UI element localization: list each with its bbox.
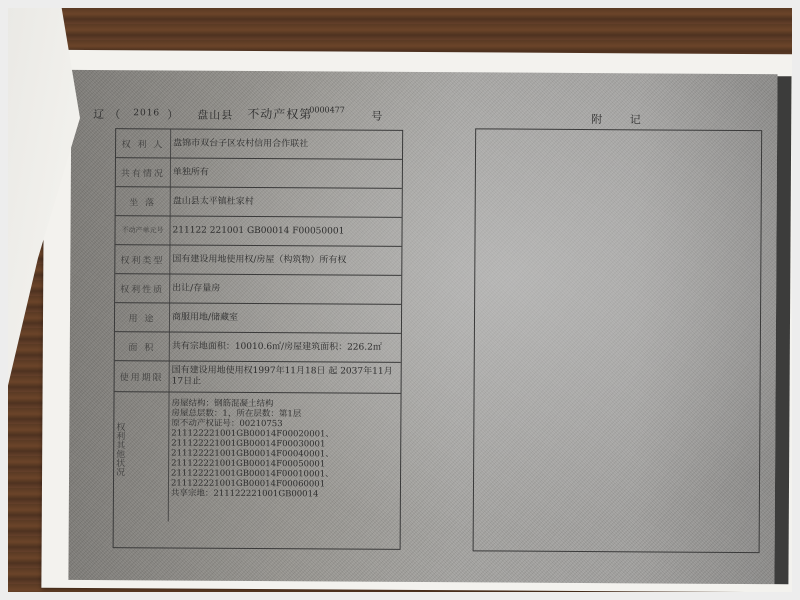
field-value: 商服用地/储藏室 <box>170 303 401 332</box>
cert-number: 0000477 <box>309 105 345 114</box>
field-value: 盘山县太平镇杜家村 <box>171 187 402 216</box>
field-value: 盘锦市双台子区农村信用合作联社 <box>171 129 402 158</box>
table-row: 权利性质出让/存量房 <box>115 274 401 305</box>
other-status-label: 权利其他状况 <box>114 392 170 521</box>
table-row-other-status: 权利其他状况 房屋结构：钢筋混凝土结构 房屋总层数：1，所在层数：第1层 原不动… <box>114 392 401 523</box>
notes-title: 附 记 <box>591 111 653 127</box>
field-label: 面 积 <box>115 332 170 360</box>
field-label: 坐 落 <box>116 187 171 215</box>
status-line: 共享宗地：211122221001GB00014 <box>171 488 398 499</box>
rights-table: 权 利 人盘锦市双台子区农村信用合作联社 共有情况单独所有 坐 落盘山县太平镇杜… <box>113 128 404 550</box>
table-row: 共有情况单独所有 <box>116 158 402 189</box>
table-row: 面 积共有宗地面积：10010.6㎡/房屋建筑面积：226.2㎡ <box>115 332 401 363</box>
certificate-paper: 辽 （ 2016 ） 盘山县 不动产权第 0000477 号 权 利 人盘锦市双… <box>41 50 792 592</box>
field-label: 不动产单元号 <box>115 216 170 244</box>
cert-title: 不动产权第 <box>247 105 312 122</box>
province: 辽 <box>93 106 105 122</box>
field-value: 出让/存量房 <box>170 274 401 303</box>
field-value: 211122 221001 GB00014 F00050001 <box>170 216 401 245</box>
cert-suffix: 号 <box>371 108 383 124</box>
table-row: 用 途商服用地/储藏室 <box>115 303 401 334</box>
scanned-page: 辽 （ 2016 ） 盘山县 不动产权第 0000477 号 权 利 人盘锦市双… <box>68 70 777 584</box>
table-row: 使用期限国有建设用地使用权1997年11月18日 起 2037年11月17日止 <box>115 361 401 394</box>
field-label: 用 途 <box>115 303 170 331</box>
table-row: 权 利 人盘锦市双台子区农村信用合作联社 <box>116 129 402 160</box>
field-label: 使用期限 <box>115 361 170 391</box>
bracket-open: （ <box>109 106 121 122</box>
photo-frame: 辽 （ 2016 ） 盘山县 不动产权第 0000477 号 权 利 人盘锦市双… <box>8 8 792 592</box>
field-label: 权利性质 <box>115 274 170 302</box>
cert-year: 2016 <box>133 108 160 118</box>
field-value: 国有建设用地使用权1997年11月18日 起 2037年11月17日止 <box>170 361 401 392</box>
bracket-close: ） <box>167 106 179 122</box>
other-status-lines: 房屋结构：钢筋混凝土结构 房屋总层数：1，所在层数：第1层 原不动产权证号：00… <box>169 392 401 522</box>
field-value: 国有建设用地使用权/房屋（构筑物）所有权 <box>170 245 401 274</box>
table-row: 坐 落盘山县太平镇杜家村 <box>116 187 402 218</box>
field-value: 单独所有 <box>171 158 402 187</box>
field-label: 共有情况 <box>116 158 171 186</box>
notes-box <box>473 128 763 553</box>
field-label: 权 利 人 <box>116 129 171 157</box>
table-row: 不动产单元号211122 221001 GB00014 F00050001 <box>115 216 401 247</box>
cert-county: 盘山县 <box>197 107 233 123</box>
field-label: 权利类型 <box>115 245 170 273</box>
table-row: 权利类型国有建设用地使用权/房屋（构筑物）所有权 <box>115 245 401 276</box>
field-value: 共有宗地面积：10010.6㎡/房屋建筑面积：226.2㎡ <box>170 332 401 361</box>
scan-shadow-edge <box>774 76 791 584</box>
